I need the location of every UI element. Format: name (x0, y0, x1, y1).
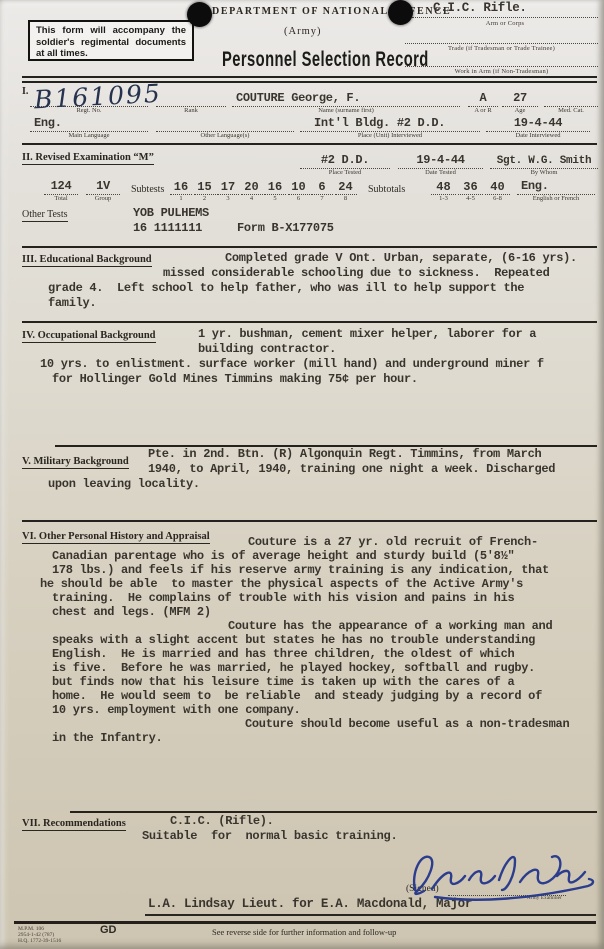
place-tested-field: #2 D.D. Place Tested (300, 153, 390, 169)
work-in-arm-line (405, 53, 598, 67)
a-or-r-label: A or R (468, 107, 498, 114)
subtest-cell: 10 6 (288, 181, 310, 202)
regt-no-field: B161095 Regt. No. (30, 88, 148, 107)
place-tested-label: Place Tested (300, 169, 390, 176)
section6-heading: VI. Other Personal History and Appraisal (22, 531, 210, 544)
date-tested-value: 19-4-44 (398, 153, 483, 167)
date-interviewed-value: 19-4-44 (486, 116, 590, 130)
subtotal-label: 1-3 (431, 195, 456, 202)
subtest-label: 6 (288, 195, 310, 202)
notice-box: This form will accompany the soldier's r… (28, 20, 194, 61)
section7-line: Suitable for normal basic training. (142, 830, 397, 843)
rank-field: Rank (156, 88, 226, 107)
subtest-label: 2 (194, 195, 216, 202)
personnel-selection-record-document: This form will accompany the soldier's r… (0, 0, 604, 949)
other-languages-field: Other Language(s) (156, 114, 294, 132)
place-interviewed-field: Int'l Bldg. #2 D.D. Place (Unit) Intervi… (300, 114, 480, 132)
branch-label: (Army) (284, 26, 322, 37)
a-or-r-field: A A or R (468, 88, 498, 107)
subtotal-cell: 40 6-8 (485, 181, 510, 202)
subtotal-value: 40 (485, 181, 510, 195)
subtotal-value: 48 (431, 181, 456, 195)
med-cat-label: Med. Cat. (544, 107, 598, 114)
subtest-cell: 6 7 (311, 181, 333, 202)
section6-line: Canadian parentage who is of average hei… (52, 550, 514, 563)
subtest-label: 3 (217, 195, 239, 202)
name-field: COUTURE George, F. Name (surname first) (232, 88, 460, 107)
age-value: 27 (502, 91, 538, 105)
section3-line: family. (48, 297, 96, 310)
subtest-cell: 24 8 (335, 181, 357, 202)
subtest-cell: 15 2 (194, 181, 216, 202)
section4-heading: IV. Occupational Background (22, 330, 156, 343)
age-label: Age (502, 107, 538, 114)
arm-or-corps-label: Arm or Corps (412, 20, 598, 27)
other-languages-label: Other Language(s) (156, 132, 294, 139)
subtest-value: 24 (335, 181, 357, 195)
a-or-r-value: A (468, 91, 498, 105)
work-in-arm-label: Work in Arm (if Non-Tradesman) (405, 68, 598, 75)
section6-line: chest and legs. (MFM 2) (52, 606, 211, 619)
group-value: 1V (86, 179, 120, 193)
subtest-value: 16 (264, 181, 286, 195)
arm-or-corps-line (412, 3, 598, 18)
date-interviewed-field: 19-4-44 Date Interviewed (486, 114, 590, 132)
trade-label: Trade (if Tradesman or Trade Trainee) (405, 45, 598, 52)
place-interviewed-value: Int'l Bldg. #2 D.D. (314, 116, 445, 130)
form-title: Personnel Selection Record (222, 47, 429, 72)
subtest-value: 15 (194, 181, 216, 195)
place-interviewed-label: Place (Unit) Interviewed (300, 132, 480, 139)
section5-line: upon leaving locality. (48, 478, 200, 491)
section6-line: in the Infantry. (52, 732, 162, 745)
language-label: English or French (517, 195, 595, 202)
punch-hole-icon (187, 2, 212, 27)
subtest-label: 7 (311, 195, 333, 202)
subtest-value: 17 (217, 181, 239, 195)
section6-line: but finds now that his leisure time is t… (52, 676, 514, 689)
subtest-label: 8 (335, 195, 357, 202)
section1-numeral: I. (22, 86, 28, 97)
main-language-label: Main Language (30, 132, 148, 139)
regt-no-label: Regt. No. (30, 107, 148, 114)
section6-divider (70, 811, 597, 813)
form-ref: Form B-X177075 (237, 222, 334, 235)
subtest-value: 20 (241, 181, 263, 195)
date-tested-label: Date Tested (398, 169, 483, 176)
subtotals-label: Subtotals (368, 184, 405, 195)
subtotal-label: 6-8 (485, 195, 510, 202)
section3-line: grade 4. Left school to help father, who… (48, 282, 524, 295)
subtest-cell: 16 5 (264, 181, 286, 202)
section6-line: speaks with a slight accent but states h… (52, 634, 535, 647)
place-tested-value: #2 D.D. (300, 153, 390, 167)
med-cat-field: Med. Cat. (544, 88, 598, 107)
name-value: COUTURE George, F. (236, 91, 360, 105)
other-tests-line2: 16 1111111 (133, 222, 202, 235)
section3-divider (22, 321, 597, 323)
section6-line: 178 lbs.) and feels if his reserve army … (52, 564, 549, 577)
handwritten-signature (405, 846, 597, 904)
header-divider-top (22, 76, 597, 78)
section2-divider (22, 246, 597, 248)
total-field: 124 Total (44, 181, 78, 195)
trade-line (405, 30, 598, 44)
subtotals-row: 48 1-3 36 4-5 40 6-8 (431, 181, 521, 211)
section6-line: training. He complains of trouble with h… (52, 592, 514, 605)
subtest-cell: 20 4 (241, 181, 263, 202)
subtests-label: Subtests (131, 184, 164, 195)
section5-line: 1940, to April, 1940, training one night… (148, 463, 555, 476)
section1-divider (22, 143, 597, 145)
subtest-label: 1 (170, 195, 192, 202)
subtotal-label: 4-5 (458, 195, 483, 202)
section3-line: missed considerable schooling due to sic… (163, 267, 549, 280)
group-label: Group (86, 195, 120, 202)
other-tests-line1: YOB PULHEMS (133, 207, 209, 220)
punch-hole-icon (388, 0, 413, 25)
section5-line: Pte. in 2nd. Btn. (R) Algonquin Regt. Ti… (148, 448, 541, 461)
by-whom-value: Sgt. W.G. Smith (490, 155, 598, 167)
rank-label: Rank (156, 107, 226, 114)
group-field: 1V Group (86, 181, 120, 195)
subtest-label: 4 (241, 195, 263, 202)
name-label: Name (surname first) (232, 107, 460, 114)
section6-line: Couture has the appearance of a working … (228, 620, 552, 633)
section4-line: 10 yrs. to enlistment. surface worker (m… (40, 358, 544, 371)
subtest-value: 16 (170, 181, 192, 195)
subtest-label: 5 (264, 195, 286, 202)
section4-line: 1 yr. bushman, cement mixer helper, labo… (198, 328, 536, 341)
section6-line: he should be able to master the physical… (40, 578, 523, 591)
section7-line: C.I.C. (Rifle). (170, 815, 274, 828)
main-language-value: Eng. (34, 116, 62, 130)
total-label: Total (44, 195, 78, 202)
by-whom-field: Sgt. W.G. Smith By Whom (490, 153, 598, 169)
footer-note: See reverse side for further information… (212, 927, 396, 937)
section2-heading: II. Revised Examination “M” (22, 152, 154, 165)
section5-divider (22, 520, 597, 522)
subtest-cell: 17 3 (217, 181, 239, 202)
section6-line: home. He would seem to be reliable and s… (52, 690, 542, 703)
section6-line: Couture should become useful as a non-tr… (245, 718, 569, 731)
section7-heading: VII. Recommendations (22, 818, 126, 831)
main-language-field: Eng. Main Language (30, 114, 148, 132)
date-interviewed-label: Date Interviewed (486, 132, 590, 139)
section6-line: English. He is married and has three chi… (52, 648, 514, 661)
section4-line: building contractor. (198, 343, 336, 356)
subtest-cell: 16 1 (170, 181, 192, 202)
subtotal-cell: 36 4-5 (458, 181, 483, 202)
subtotal-value: 36 (458, 181, 483, 195)
section3-heading: III. Educational Background (22, 254, 152, 267)
gd-stamp: GD (100, 924, 117, 936)
section6-line: Couture is a 27 yr. old recruit of Frenc… (248, 536, 538, 549)
notice-text: This form will accompany the soldier's r… (36, 25, 186, 60)
section6-line: is five. Before he was married, he playe… (52, 662, 535, 675)
age-field: 27 Age (502, 88, 538, 107)
by-whom-label: By Whom (490, 169, 598, 176)
date-tested-field: 19-4-44 Date Tested (398, 153, 483, 169)
signature-underline (145, 914, 596, 916)
other-tests-label: Other Tests (22, 209, 68, 222)
language-value: Eng. (521, 179, 549, 193)
subtest-value: 6 (311, 181, 333, 195)
section6-line: 10 yrs. employment with one company. (52, 704, 300, 717)
total-value: 124 (44, 179, 78, 193)
section5-heading: V. Military Background (22, 456, 129, 469)
form-number-line: H.Q. 1772-39-1516 (18, 938, 61, 944)
subtotal-cell: 48 1-3 (431, 181, 456, 202)
section4-line: for Hollinger Gold Mines Timmins making … (52, 373, 418, 386)
language-field: Eng. English or French (517, 181, 595, 195)
section3-line: Completed grade V Ont. Urban, separate, … (225, 252, 577, 265)
subtest-value: 10 (288, 181, 310, 195)
